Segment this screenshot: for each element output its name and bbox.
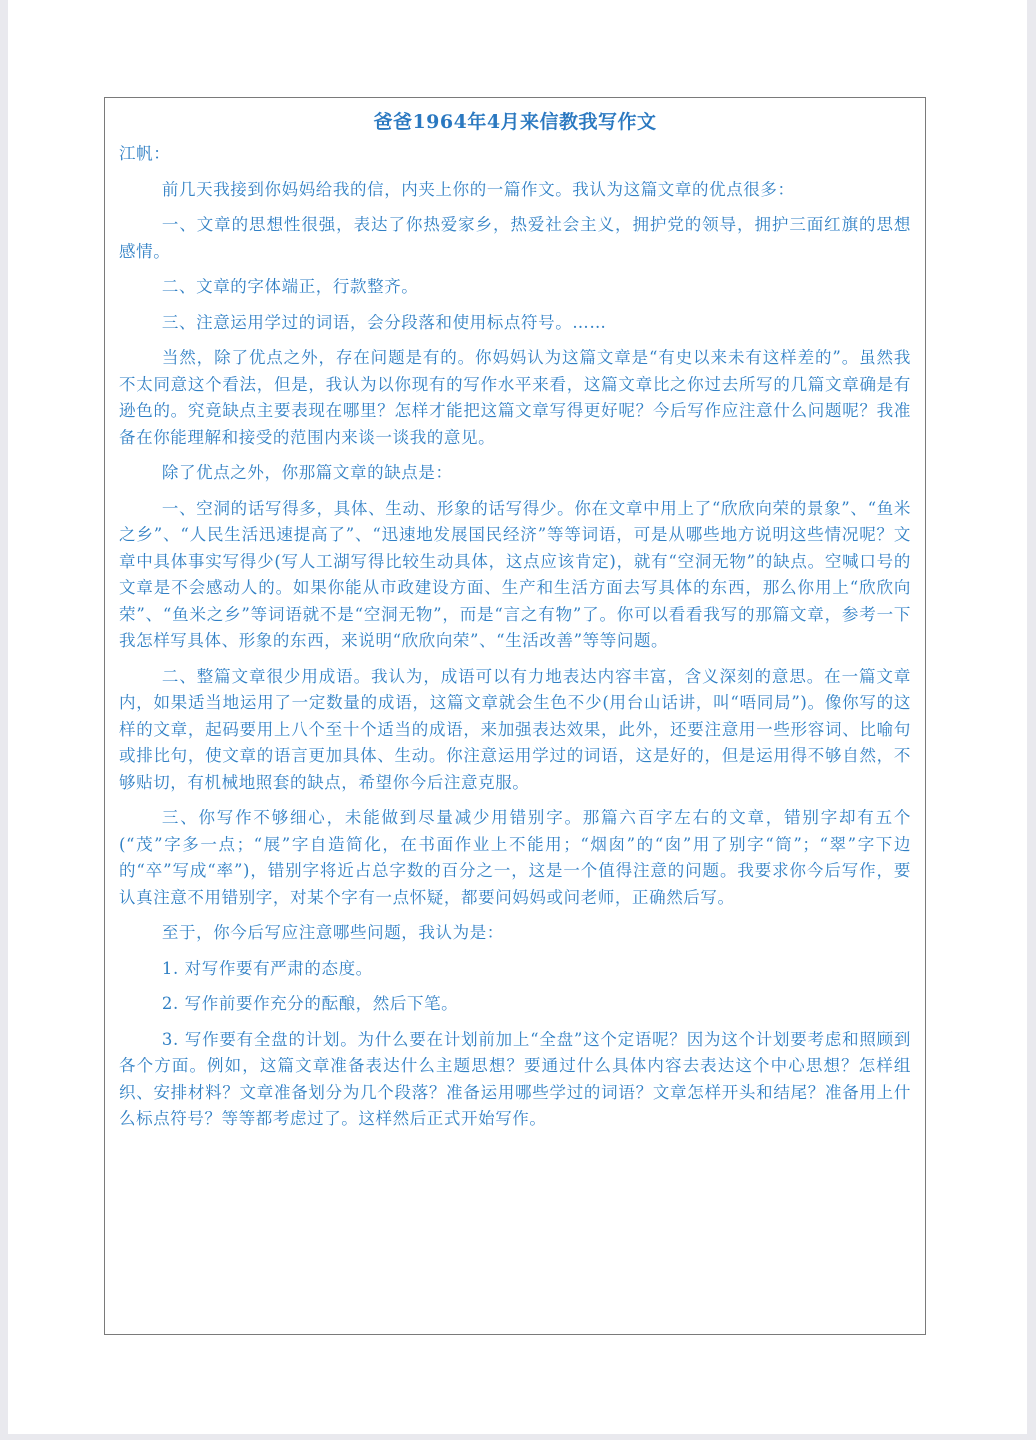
paragraph-flaws-intro: 除了优点之外，你那篇文章的缺点是： — [119, 460, 911, 487]
paragraph-flaw-1: 一、空洞的话写得多，具体、生动、形象的话写得少。你在文章中用上了“欣欣向荣的景象… — [119, 496, 911, 655]
paragraph-advice-intro: 至于，你今后写应注意哪些问题，我认为是： — [119, 920, 911, 947]
document-page: 爸爸1964年4月来信教我写作文 江帆： 前几天我接到你妈妈给我的信，内夹上你的… — [8, 0, 1027, 1434]
paragraph-merit-3: 三、注意运用学过的词语，会分段落和使用标点符号。…… — [119, 310, 911, 337]
paragraph-intro: 前几天我接到你妈妈给我的信，内夹上你的一篇作文。我认为这篇文章的优点很多： — [119, 177, 911, 204]
document-title: 爸爸1964年4月来信教我写作文 — [105, 107, 925, 137]
paragraph-advice-3: 3. 写作要有全盘的计划。为什么要在计划前加上“全盘”这个定语呢？因为这个计划要… — [119, 1027, 911, 1133]
paragraph-merit-2: 二、文章的字体端正，行款整齐。 — [119, 274, 911, 301]
paragraph-merit-1: 一、文章的思想性很强，表达了你热爱家乡，热爱社会主义，拥护党的领导，拥护三面红旗… — [119, 212, 911, 265]
letter-body: 江帆： 前几天我接到你妈妈给我的信，内夹上你的一篇作文。我认为这篇文章的优点很多… — [105, 141, 925, 1133]
paragraph-advice-2: 2. 写作前要作充分的酝酿，然后下笔。 — [119, 991, 911, 1018]
paragraph-problems: 当然，除了优点之外，存在问题是有的。你妈妈认为这篇文章是“有史以来未有这样差的”… — [119, 345, 911, 451]
salutation: 江帆： — [119, 141, 911, 168]
paragraph-advice-1: 1. 对写作要有严肃的态度。 — [119, 956, 911, 983]
paragraph-flaw-3: 三、你写作不够细心，未能做到尽量减少用错别字。那篇六百字左右的文章，错别字却有五… — [119, 805, 911, 911]
letter-frame: 爸爸1964年4月来信教我写作文 江帆： 前几天我接到你妈妈给我的信，内夹上你的… — [104, 97, 926, 1335]
paragraph-flaw-2: 二、整篇文章很少用成语。我认为，成语可以有力地表达内容丰富，含义深刻的意思。在一… — [119, 664, 911, 797]
